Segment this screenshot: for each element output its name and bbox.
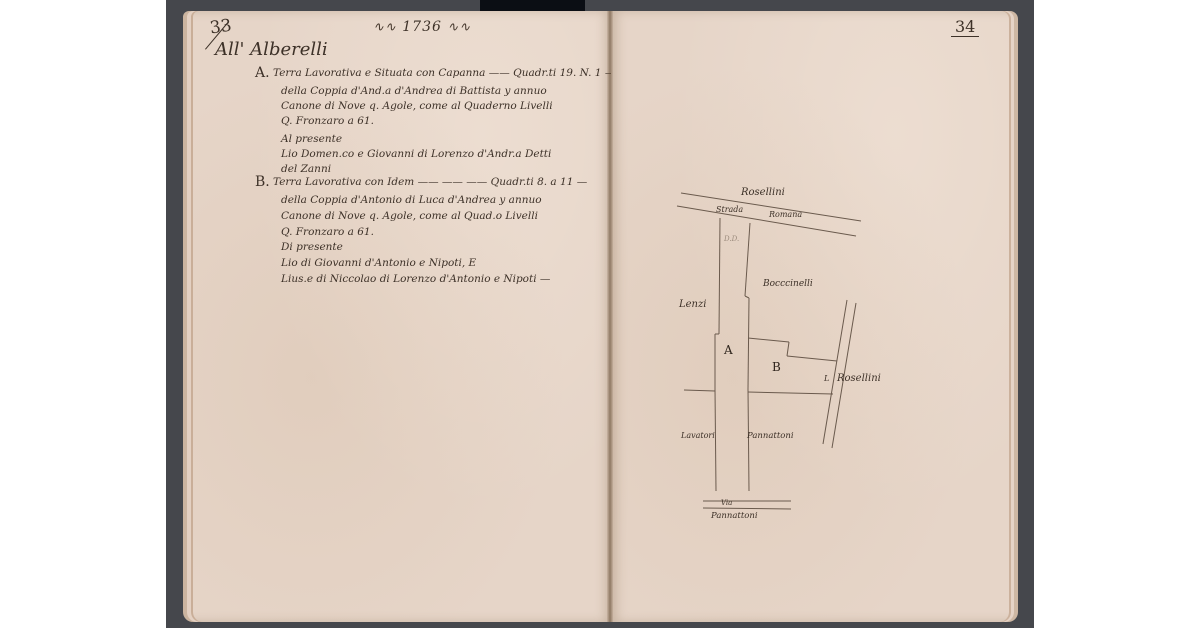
entry-a-letter: A.	[255, 65, 270, 81]
flourish-right: ∿	[447, 20, 459, 35]
map-label-rosellini-top: Rosellini	[741, 187, 785, 198]
map-label-bocccinelli: Bocccinelli	[763, 279, 813, 289]
map-label-pannattoni-bottom: Pannattoni	[711, 511, 758, 521]
entry-a-line: Al presente	[281, 133, 342, 145]
entry-a-line: Q. Fronzaro a 61.	[281, 115, 374, 127]
map-label-lavatori: Lavatori	[681, 431, 715, 440]
section-heading: All' Alberelli	[215, 39, 328, 60]
open-ledger: 33 ∿∿ 1736 ∿∿ All' Alberelli A. Terra La…	[183, 11, 1018, 622]
book-gutter	[607, 11, 613, 622]
flourish-left-2: ∿	[385, 20, 397, 35]
left-page: 33 ∿∿ 1736 ∿∿ All' Alberelli A. Terra La…	[183, 11, 611, 622]
map-label-lenzi: Lenzi	[679, 299, 706, 310]
entry-a-line: Canone di Nove q. Agole, come al Quadern…	[281, 100, 553, 112]
entry-b-line: Di presente	[281, 241, 343, 253]
entry-b-line: Q. Fronzaro a 61.	[281, 226, 374, 238]
parcel-map: Rosellini Strada Romana D.D. Bocccinelli…	[611, 11, 1018, 622]
year-text: 1736	[402, 19, 442, 35]
map-label-romana: Romana	[769, 210, 802, 219]
map-east-road-mark: L	[824, 374, 829, 383]
entry-b-line: Terra Lavorativa con Idem —— —— —— Quadr…	[273, 176, 587, 188]
entry-b-line: Canone di Nove q. Agole, come al Quad.o …	[281, 210, 538, 222]
map-label-pannattoni-center: Pannattoni	[747, 431, 794, 441]
entry-b-line: Lius.e di Niccolao di Lorenzo d'Antonio …	[281, 273, 550, 285]
folio-number-left: 33	[209, 16, 233, 39]
map-label-rosellini-east: Rosellini	[837, 373, 881, 384]
entry-a-line: della Coppia d'And.a d'Andrea di Battist…	[281, 85, 547, 97]
entry-a-line: Lio Domen.co e Giovanni di Lorenzo d'And…	[281, 148, 551, 160]
entry-b-letter: B.	[255, 174, 270, 190]
top-toolbar-strip	[480, 0, 585, 11]
entry-b-line: Lio di Giovanni d'Antonio e Nipoti, E	[281, 257, 476, 269]
flourish-right-2: ∿	[459, 20, 471, 35]
parcel-map-drawing	[611, 11, 1018, 622]
flourish-left: ∿	[373, 20, 385, 35]
parcel-a-label: A	[724, 343, 733, 357]
year-heading: ∿∿ 1736 ∿∿	[373, 19, 471, 35]
parcel-b-label: B	[772, 360, 781, 374]
map-label-strada: Strada	[716, 205, 743, 214]
entry-b-line: della Coppia d'Antonio di Luca d'Andrea …	[281, 194, 542, 206]
entry-a-line: Terra Lavorativa e Situata con Capanna —…	[273, 67, 615, 79]
right-page: 34	[611, 11, 1018, 622]
map-small-mark: D.D.	[724, 235, 739, 243]
map-label-via: Via	[721, 499, 732, 507]
entry-a-line: del Zanni	[281, 163, 331, 175]
